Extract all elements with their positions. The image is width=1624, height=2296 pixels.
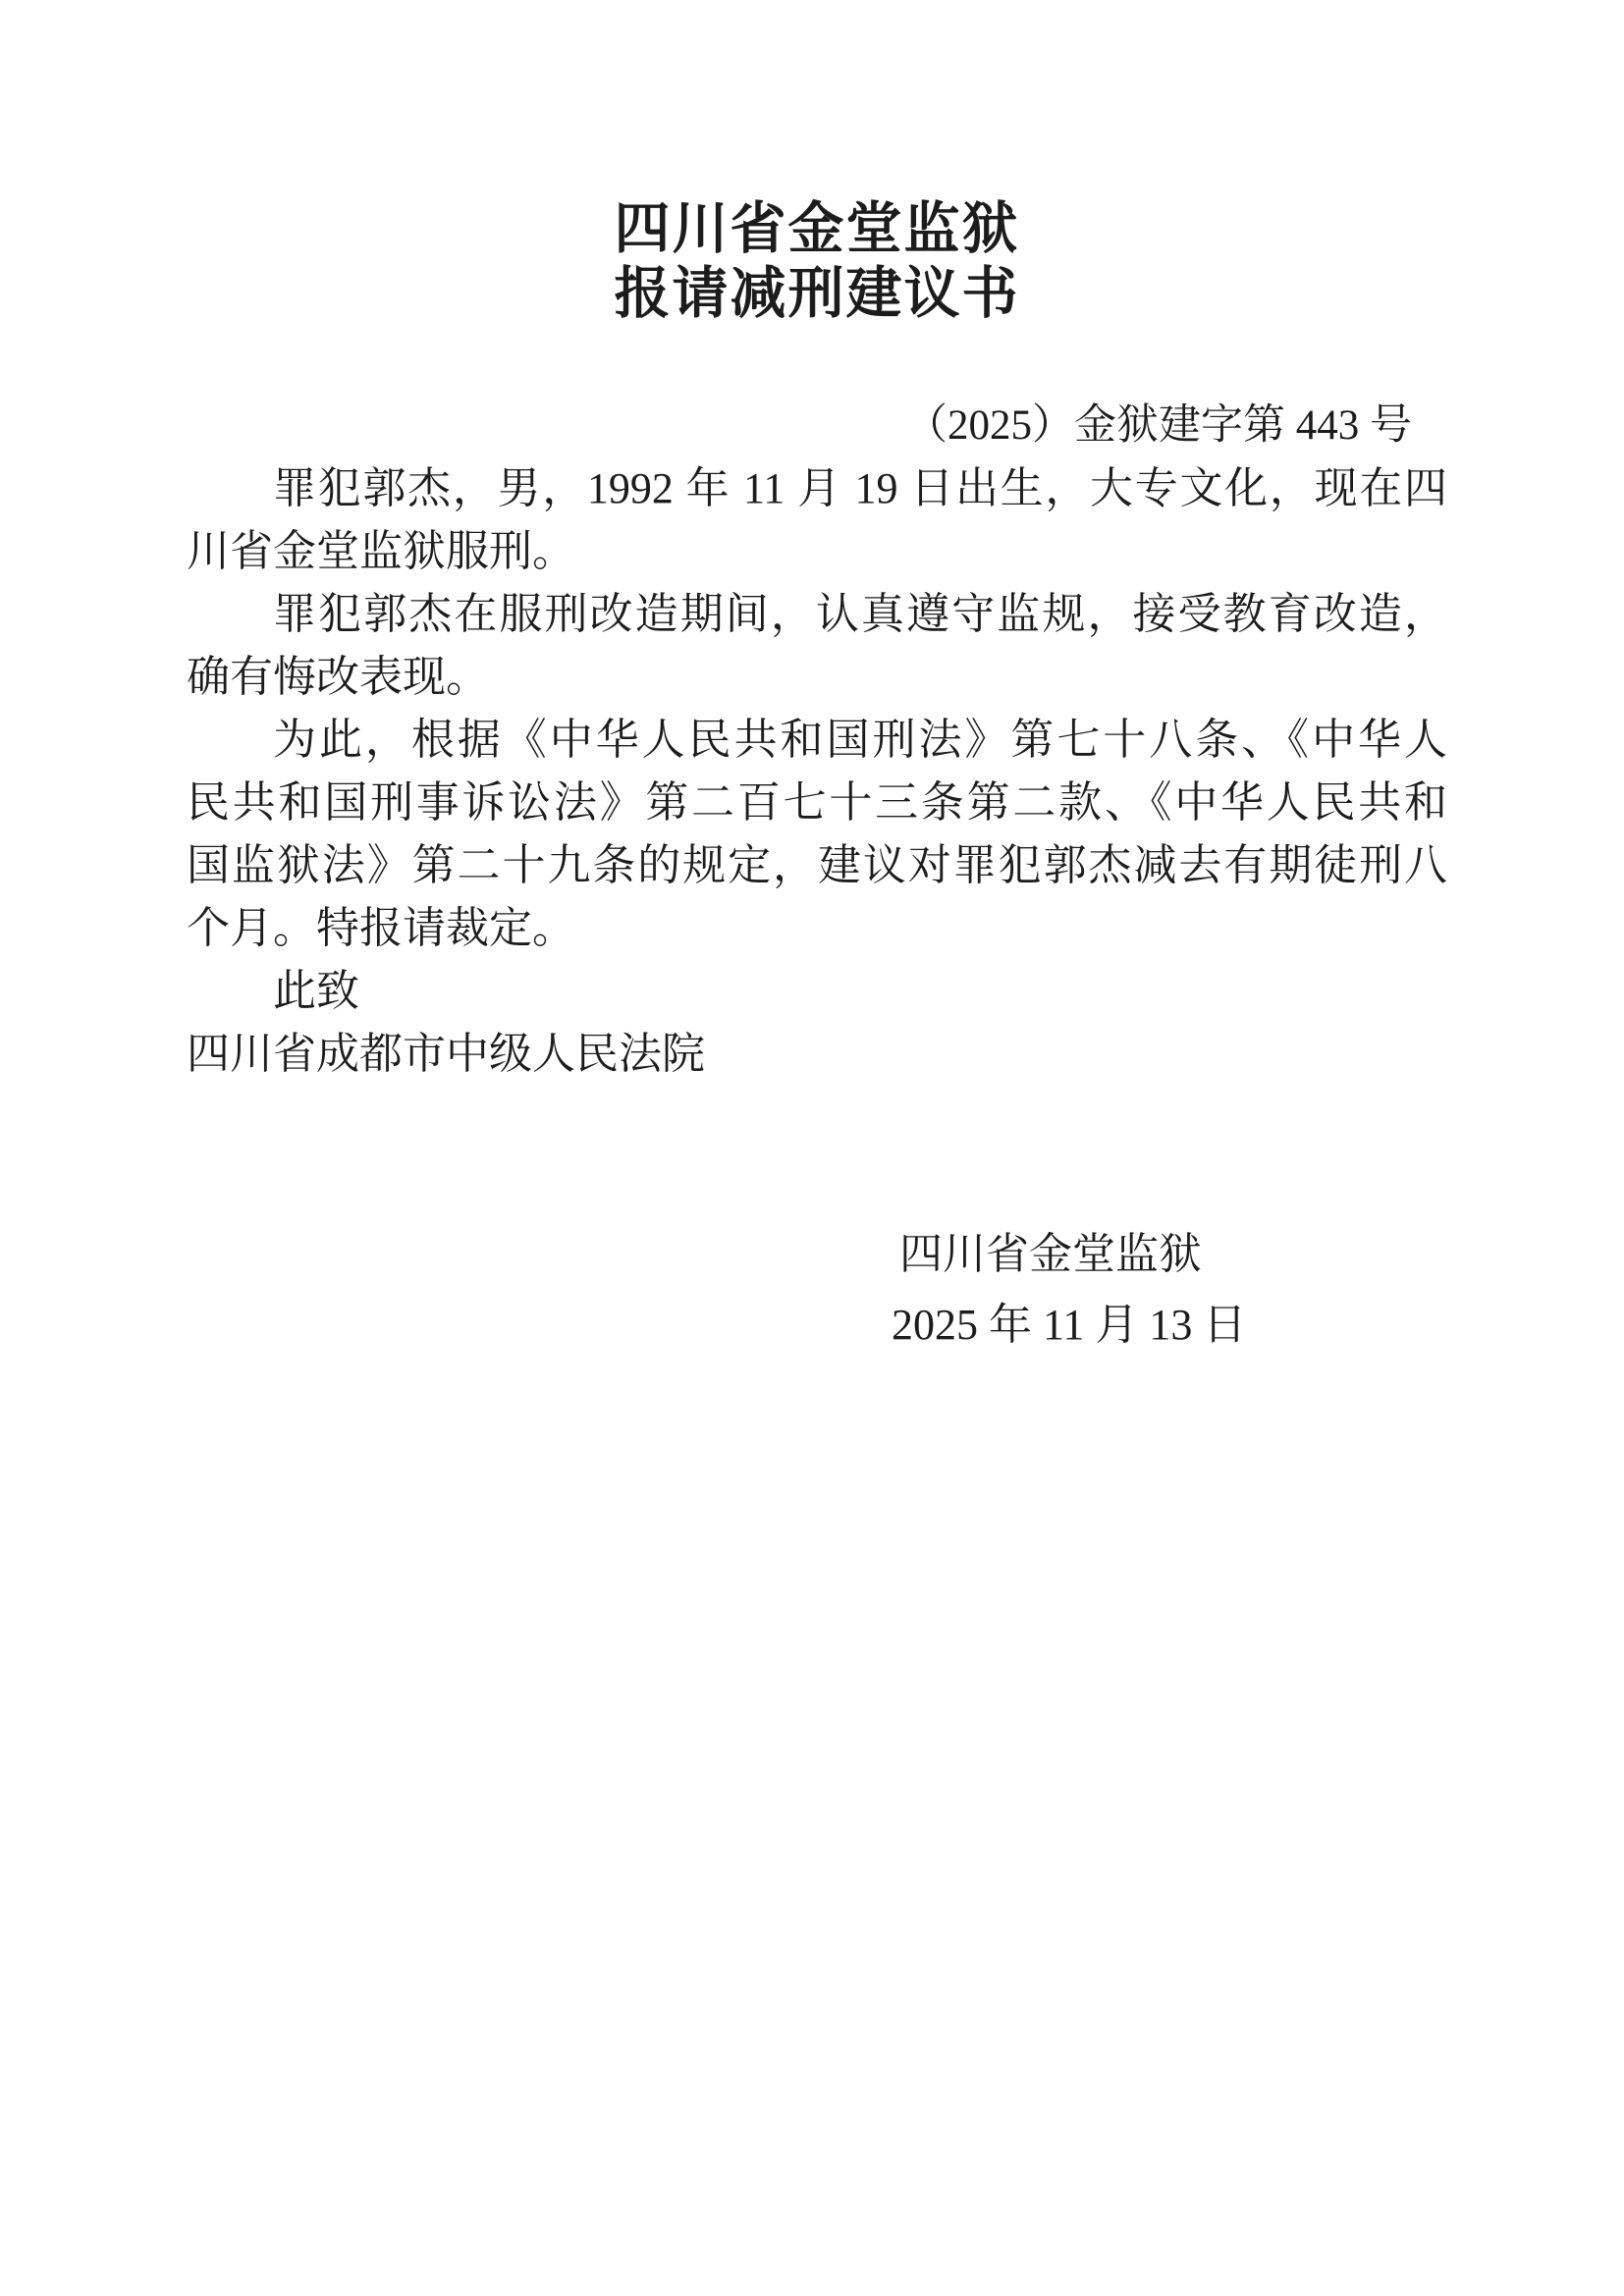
- signature-org: 四川省金堂监狱: [187, 1223, 1447, 1286]
- paragraph3-line4: 个月。特报请裁定。: [187, 897, 1447, 960]
- closing-recipient: 四川省成都市中级人民法院: [187, 1023, 1447, 1086]
- document-title-line1: 四川省金堂监狱: [187, 196, 1447, 261]
- paragraph2-line2: 确有悔改表现。: [187, 646, 1447, 709]
- document-title-line2: 报请减刑建议书: [187, 261, 1447, 326]
- paragraph3-line2: 民共和国刑事诉讼法》第二百七十三条第二款、《中华人民共和: [187, 772, 1447, 834]
- document-page: 四川省金堂监狱 报请减刑建议书 （2025）金狱建字第 443 号 罪犯郭杰，男…: [0, 0, 1624, 2296]
- paragraph1-line1: 罪犯郭杰，男，1992 年 11 月 19 日出生，大专文化，现在四: [187, 457, 1447, 520]
- closing-salute: 此致: [187, 960, 1447, 1023]
- document-number: （2025）金狱建字第 443 号: [187, 395, 1447, 457]
- signature-date: 2025 年 11 月 13 日: [187, 1294, 1447, 1357]
- paragraph2-line1: 罪犯郭杰在服刑改造期间，认真遵守监规，接受教育改造，: [187, 583, 1447, 646]
- paragraph1-line2: 川省金堂监狱服刑。: [187, 520, 1447, 583]
- signature-block: 四川省金堂监狱 2025 年 11 月 13 日: [187, 1223, 1447, 1357]
- paragraph3-line3: 国监狱法》第二十九条的规定，建议对罪犯郭杰减去有期徒刑八: [187, 834, 1447, 897]
- paragraph3-line1: 为此，根据《中华人民共和国刑法》第七十八条、《中华人: [187, 709, 1447, 772]
